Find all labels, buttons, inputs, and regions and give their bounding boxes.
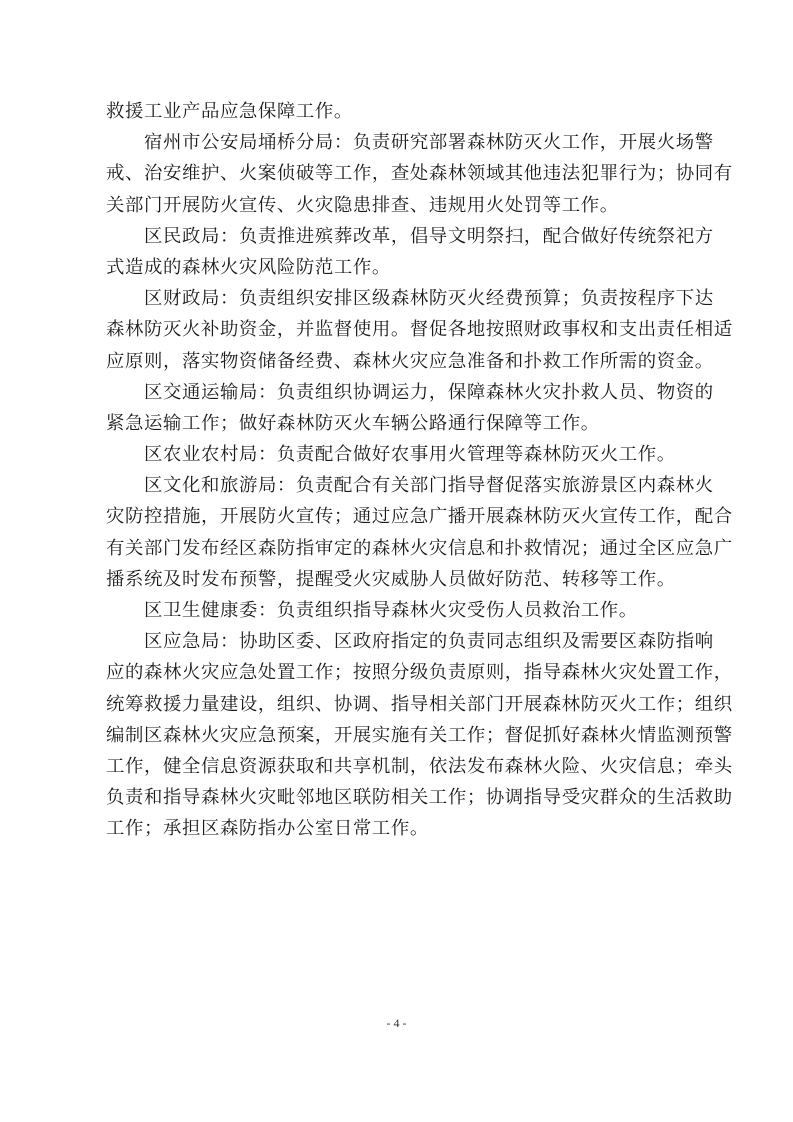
paragraph-culture-tourism-bureau: 区文化和旅游局：负责配合有关部门指导督促落实旅游景区内森林火灾防控措施，开展防火… [106, 470, 694, 595]
text-line: 区交通运输局：负责组织协调运力，保障森林火灾扑救人员、物资的 [106, 377, 694, 408]
document-page: 救援工业产品应急保障工作。宿州市公安局埇桥分局：负责研究部署森林防灭火工作，开展… [0, 0, 793, 1122]
paragraph-continuation: 救援工业产品应急保障工作。 [106, 96, 694, 127]
text-line: 应的森林火灾应急处置工作；按照分级负责原则，指导森林火灾处置工作， [106, 657, 694, 688]
paragraph-public-security-bureau: 宿州市公安局埇桥分局：负责研究部署森林防灭火工作，开展火场警戒、治安维护、火案侦… [106, 127, 694, 221]
text-line: 关部门开展防火宣传、火灾隐患排查、违规用火处罚等工作。 [106, 190, 694, 221]
text-line: 负责和指导森林火灾毗邻地区联防相关工作；协调指导受灾群众的生活救助 [106, 782, 694, 813]
paragraph-emergency-bureau: 区应急局：协助区委、区政府指定的负责同志组织及需要区森防指响应的森林火灾应急处置… [106, 626, 694, 844]
text-line: 区农业农村局：负责配合做好农事用火管理等森林防灭火工作。 [106, 439, 694, 470]
text-line: 编制区森林火灾应急预案，开展实施有关工作；督促抓好森林火情监测预警 [106, 720, 694, 751]
text-line: 宿州市公安局埇桥分局：负责研究部署森林防灭火工作，开展火场警 [106, 127, 694, 158]
text-line: 统筹救援力量建设，组织、协调、指导相关部门开展森林防灭火工作；组织 [106, 689, 694, 720]
body-text: 救援工业产品应急保障工作。宿州市公安局埇桥分局：负责研究部署森林防灭火工作，开展… [106, 96, 694, 845]
paragraph-transport-bureau: 区交通运输局：负责组织协调运力，保障森林火灾扑救人员、物资的紧急运输工作；做好森… [106, 377, 694, 439]
text-line: 区民政局：负责推进殡葬改革，倡导文明祭扫，配合做好传统祭祀方 [106, 221, 694, 252]
paragraph-agriculture-bureau: 区农业农村局：负责配合做好农事用火管理等森林防灭火工作。 [106, 439, 694, 470]
text-line: 有关部门发布经区森防指审定的森林火灾信息和扑救情况；通过全区应急广 [106, 533, 694, 564]
page-number: - 4 - [0, 1016, 793, 1031]
text-line: 应原则，落实物资储备经费、森林火灾应急准备和扑救工作所需的资金。 [106, 346, 694, 377]
text-line: 区卫生健康委：负责组织指导森林火灾受伤人员救治工作。 [106, 595, 694, 626]
paragraph-finance-bureau: 区财政局：负责组织安排区级森林防灭火经费预算；负责按程序下达森林防灭火补助资金，… [106, 283, 694, 377]
paragraph-civil-affairs-bureau: 区民政局：负责推进殡葬改革，倡导文明祭扫，配合做好传统祭祀方式造成的森林火灾风险… [106, 221, 694, 283]
text-line: 区财政局：负责组织安排区级森林防灭火经费预算；负责按程序下达 [106, 283, 694, 314]
text-line: 区文化和旅游局：负责配合有关部门指导督促落实旅游景区内森林火 [106, 470, 694, 501]
text-line: 播系统及时发布预警，提醒受火灾威胁人员做好防范、转移等工作。 [106, 564, 694, 595]
text-line: 工作，健全信息资源获取和共享机制，依法发布森林火险、火灾信息；牵头 [106, 751, 694, 782]
text-line: 森林防灭火补助资金，并监督使用。督促各地按照财政事权和支出责任相适 [106, 314, 694, 345]
text-line: 灾防控措施，开展防火宣传；通过应急广播开展森林防灭火宣传工作，配合 [106, 501, 694, 532]
paragraph-health-commission: 区卫生健康委：负责组织指导森林火灾受伤人员救治工作。 [106, 595, 694, 626]
text-line: 救援工业产品应急保障工作。 [106, 96, 694, 127]
text-line: 工作；承担区森防指办公室日常工作。 [106, 813, 694, 844]
text-line: 紧急运输工作；做好森林防灭火车辆公路通行保障等工作。 [106, 408, 694, 439]
text-line: 区应急局：协助区委、区政府指定的负责同志组织及需要区森防指响 [106, 626, 694, 657]
text-line: 戒、治安维护、火案侦破等工作，查处森林领域其他违法犯罪行为；协同有 [106, 158, 694, 189]
text-line: 式造成的森林火灾风险防范工作。 [106, 252, 694, 283]
